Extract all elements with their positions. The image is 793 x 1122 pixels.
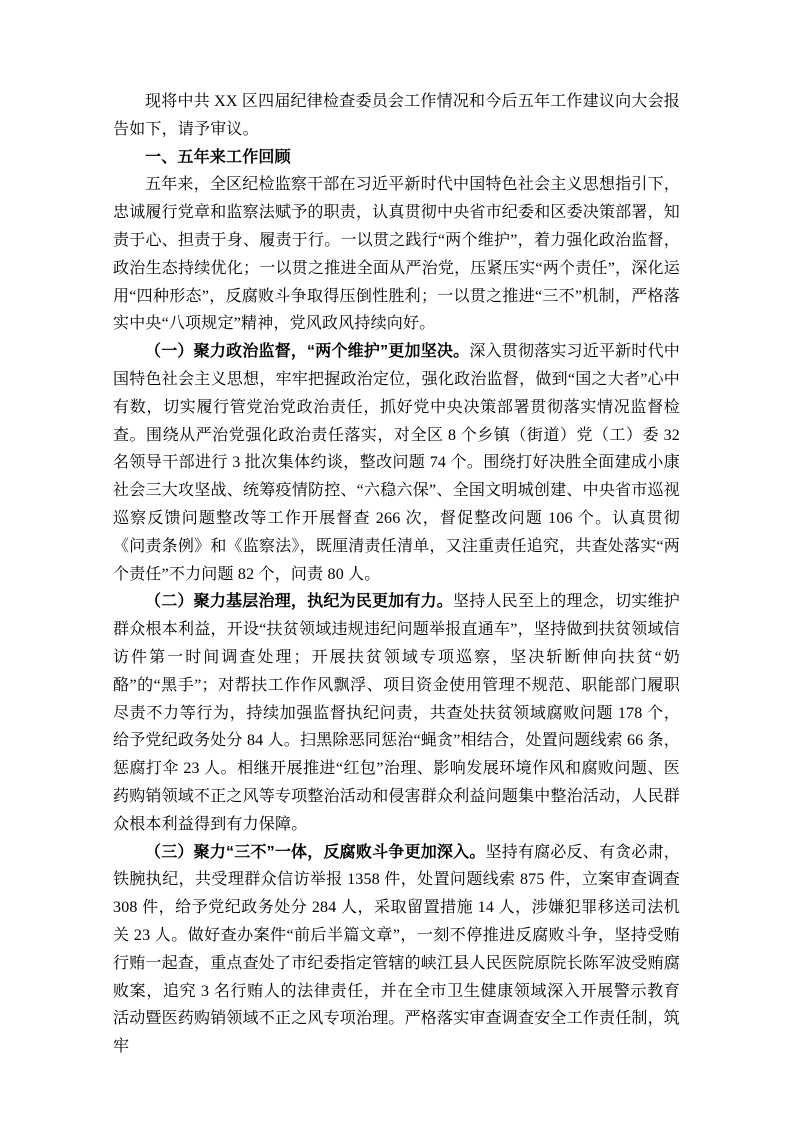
item-3-body: 坚持有腐必反、有贪必肃，铁腕执纪，共受理群众信访举报 1358 件，处置问题线索…	[113, 844, 680, 1056]
item-paragraph-2: （二）聚力基层治理，执纪为民更加有力。坚持人民至上的理念，切实维护群众根本利益，…	[113, 588, 680, 838]
item-paragraph-1: （一）聚力政治监督，“两个维护”更加坚决。深入贯彻落实习近平新时代中国特色社会主…	[113, 338, 680, 588]
overview-paragraph: 五年来，全区纪检监察干部在习近平新时代中国特色社会主义思想指引下，忠诚履行党章和…	[113, 171, 680, 338]
item-1-lead: （一）聚力政治监督，“两个维护”更加坚决。	[145, 343, 469, 360]
item-2-body: 坚持人民至上的理念，切实维护群众根本利益，开设“扶贫领域违规违纪问题举报直通车”…	[113, 593, 680, 832]
item-2-lead: （二）聚力基层治理，执纪为民更加有力。	[145, 593, 453, 610]
document-content: 现将中共 XX 区四届纪律检查委员会工作情况和今后五年工作建议向大会报告如下，请…	[113, 88, 680, 1061]
intro-paragraph: 现将中共 XX 区四届纪律检查委员会工作情况和今后五年工作建议向大会报告如下，请…	[113, 88, 680, 144]
section-heading: 一、五年来工作回顾	[113, 144, 680, 172]
item-1-body: 深入贯彻落实习近平新时代中国特色社会主义思想，牢牢把握政治定位，强化政治监督，做…	[113, 343, 680, 582]
item-3-lead: （三）聚力“三不”一体，反腐败斗争更加深入。	[145, 844, 486, 861]
document-page: 现将中共 XX 区四届纪律检查委员会工作情况和今后五年工作建议向大会报告如下，请…	[0, 0, 793, 1122]
item-paragraph-3: （三）聚力“三不”一体，反腐败斗争更加深入。坚持有腐必反、有贪必肃，铁腕执纪，共…	[113, 839, 680, 1061]
